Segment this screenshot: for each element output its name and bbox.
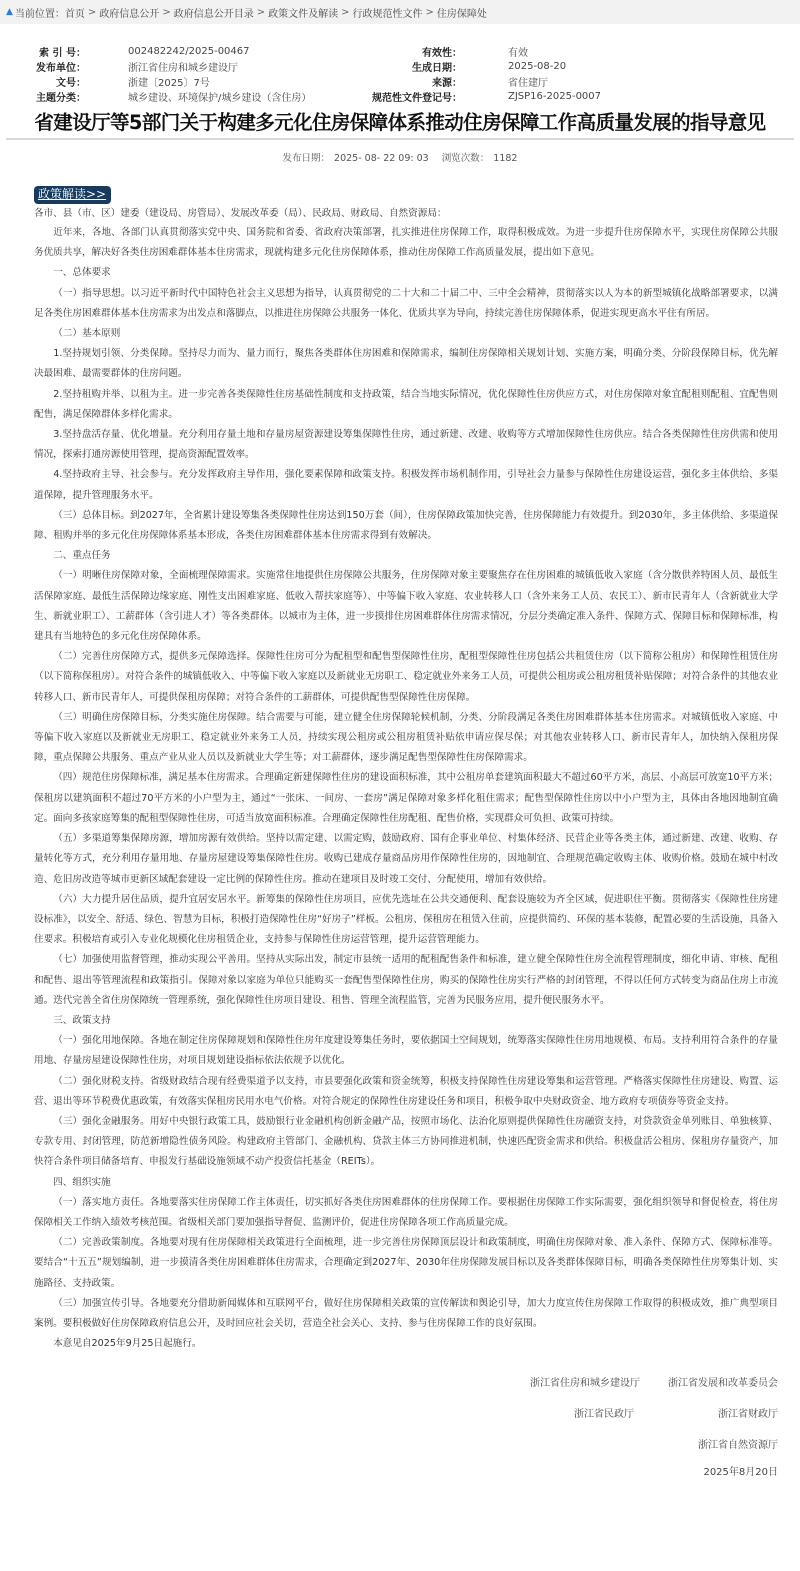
section-heading: 三、政策支持 [34, 1011, 778, 1031]
body-paragraph: （二）强化财税支持。省级财政结合现有经费渠道予以支持，市县要强化政策和资金统筹，… [34, 1072, 778, 1112]
document-metadata: 索 引 号： 002482242/2025-00467 有效性： 有效 发布单位… [0, 44, 800, 104]
publish-date-label: 发布日期： [283, 153, 331, 164]
breadcrumb-separator: > [88, 7, 96, 18]
meta-row: 主题分类： 城乡建设、环境保护/城乡建设（含住房） 规范性文件登记号： ZJSP… [0, 89, 800, 104]
section-heading: 一、总体要求 [34, 263, 778, 283]
policy-interpretation-button[interactable]: 政策解读>> [34, 186, 111, 204]
signature-org: 浙江省住房和城乡建设厅 [530, 1374, 660, 1389]
created-date-value: 2025-08-20 [462, 61, 566, 72]
salutation: 各市、县（市、区）建委（建设局、房管局）、发展改革委（局）、民政局、财政局、自然… [34, 204, 778, 223]
signature-row: 浙江省住房和城乡建设厅 浙江省发展和改革委员会 [0, 1366, 778, 1397]
breadcrumb-normative-docs[interactable]: 行政规范性文件 [352, 5, 422, 20]
meta-row: 文号： 浙建〔2025〕7号 来源： 省住建厅 [0, 74, 800, 89]
body-paragraph: 3.坚持盘活存量、优化增量。充分利用存量土地和存量房屋资源建设筹集保障性住房，通… [34, 425, 778, 465]
section-heading: 二、重点任务 [34, 546, 778, 566]
breadcrumb-separator: > [341, 7, 349, 18]
page-bottom-spacer [0, 1481, 800, 1509]
breadcrumb-gov-info-public[interactable]: 政府信息公开 [99, 5, 159, 20]
signature-row: 浙江省自然资源厅 [0, 1428, 778, 1459]
breadcrumb-home[interactable]: 首页 [65, 5, 85, 20]
index-no-label: 索 引 号： [0, 44, 86, 59]
body-paragraph: （一）明晰住房保障对象，全面梳理保障需求。实施常住地提供住房保障公共服务，住房保… [34, 566, 778, 647]
section-heading: 四、组织实施 [34, 1173, 778, 1193]
breadcrumb-prefix: 当前位置： [15, 5, 65, 20]
body-paragraph: （五）多渠道筹集保障房源，增加房源有效供给。坚持以需定建、以需定购，鼓励政府、国… [34, 829, 778, 890]
validity-value: 有效 [462, 44, 528, 59]
breadcrumb-separator: > [257, 7, 265, 18]
body-paragraph: （六）大力提升居住品质，提升宜居安居水平。新筹集的保障性住房项目，应优先选址在公… [34, 890, 778, 951]
signature-block: 浙江省住房和城乡建设厅 浙江省发展和改革委员会 浙江省民政厅 浙江省财政厅 浙江… [0, 1354, 800, 1481]
signature-row: 浙江省民政厅 浙江省财政厅 [0, 1397, 778, 1428]
publisher-label: 发布单位： [0, 59, 86, 74]
meta-row: 发布单位： 浙江省住房和城乡建设厅 生成日期： 2025-08-20 [0, 59, 800, 74]
body-paragraph: 本意见自2025年9月25日起施行。 [34, 1334, 778, 1354]
validity-label: 有效性： [348, 44, 462, 59]
body-paragraph: （四）规范住房保障标准，满足基本住房需求。合理确定新建保障性住房的建设面积标准，… [34, 768, 778, 829]
body-paragraph: 近年来，各地、各部门认真贯彻落实党中央、国务院和省委、省政府决策部署，扎实推进住… [34, 223, 778, 263]
reg-no-label: 规范性文件登记号： [348, 89, 462, 104]
body-paragraph: （二）完善住房保障方式，提供多元保障选择。保障性住房可分为配租型和配售型保障性住… [34, 647, 778, 708]
publisher-value: 浙江省住房和城乡建设厅 [86, 59, 348, 74]
breadcrumb-housing-security-dept[interactable]: 住房保障处 [437, 5, 487, 20]
page-title: 省建设厅等5部门关于构建多元化住房保障体系推动住房保障工作高质量发展的指导意见 [6, 107, 794, 140]
document-body: 各市、县（市、区）建委（建设局、房管局）、发展改革委（局）、民政局、财政局、自然… [0, 204, 800, 1354]
breadcrumb-gov-info-catalog[interactable]: 政府信息公开目录 [174, 5, 254, 20]
breadcrumb: ▲ 当前位置： 首页 > 政府信息公开 > 政府信息公开目录 > 政策文件及解读… [0, 0, 800, 24]
signature-org: 浙江省自然资源厅 [698, 1436, 778, 1451]
doc-no-label: 文号： [0, 74, 86, 89]
body-paragraph: 2.坚持租购并举、以租为主。进一步完善各类保障性住房基础性制度和支持政策，结合当… [34, 385, 778, 425]
signature-row: 2025年8月20日 [0, 1459, 778, 1481]
home-icon: ▲ [6, 7, 13, 17]
created-date-label: 生成日期： [348, 59, 462, 74]
body-paragraph: （一）落实地方责任。各地要落实住房保障工作主体责任，切实抓好各类住房困难群体的住… [34, 1193, 778, 1233]
signature-org: 浙江省财政厅 [708, 1405, 778, 1420]
breadcrumb-separator: > [162, 7, 170, 18]
views-label: 浏览次数： [442, 153, 490, 164]
body-paragraph: （三）总体目标。到2027年，全省累计建设筹集各类保障性住房达到150万套（间）… [34, 506, 778, 546]
body-paragraph: （二）基本原则 [34, 324, 778, 344]
reg-no-value: ZJSP16-2025-0007 [462, 91, 601, 102]
topic-value: 城乡建设、环境保护/城乡建设（含住房） [86, 89, 348, 104]
doc-no-value: 浙建〔2025〕7号 [86, 74, 348, 89]
body-paragraph: （三）加强宣传引导。各地要充分借助新闻媒体和互联网平台，做好住房保障相关政策的宣… [34, 1294, 778, 1334]
breadcrumb-policy-docs[interactable]: 政策文件及解读 [268, 5, 338, 20]
body-paragraph: （二）完善政策制度。各地要对现有住房保障相关政策进行全面梳理，进一步完善住房保障… [34, 1233, 778, 1294]
signature-date: 2025年8月20日 [703, 1463, 778, 1478]
body-paragraph: （三）明确住房保障目标，分类实施住房保障。结合需要与可能，建立健全住房保障轮候机… [34, 708, 778, 769]
signature-org: 浙江省民政厅 [574, 1405, 654, 1420]
publish-info: 发布日期：2025- 08- 22 09: 03 浏览次数：1182 [0, 150, 800, 164]
body-paragraph: （三）强化金融服务。用好中央银行政策工具，鼓励银行业金融机构创新金融产品，按照市… [34, 1112, 778, 1173]
body-paragraph: （一）指导思想。以习近平新时代中国特色社会主义思想为指导，认真贯彻党的二十大和二… [34, 284, 778, 324]
body-paragraph: （七）加强使用监督管理，推动实现公平善用。坚持从实际出发，制定市县统一适用的配租… [34, 950, 778, 1011]
signature-org: 浙江省发展和改革委员会 [660, 1374, 778, 1389]
meta-row: 索 引 号： 002482242/2025-00467 有效性： 有效 [0, 44, 800, 59]
body-paragraph: （一）强化用地保障。各地在制定住房保障规划和保障性住房年度建设筹集任务时，要依据… [34, 1031, 778, 1071]
topic-label: 主题分类： [0, 89, 86, 104]
body-paragraph: 4.坚持政府主导、社会参与。充分发挥政府主导作用，强化要素保障和政策支持。积极发… [34, 465, 778, 505]
index-no-value: 002482242/2025-00467 [86, 46, 348, 57]
views-count: 1182 [493, 153, 517, 164]
publish-date-value: 2025- 08- 22 09: 03 [334, 153, 429, 164]
source-value: 省住建厅 [462, 74, 548, 89]
body-paragraph: 1.坚持规划引领、分类保障。坚持尽力而为、量力而行，聚焦各类群体住房困难和保障需… [34, 344, 778, 384]
breadcrumb-separator: > [425, 7, 433, 18]
source-label: 来源： [348, 74, 462, 89]
